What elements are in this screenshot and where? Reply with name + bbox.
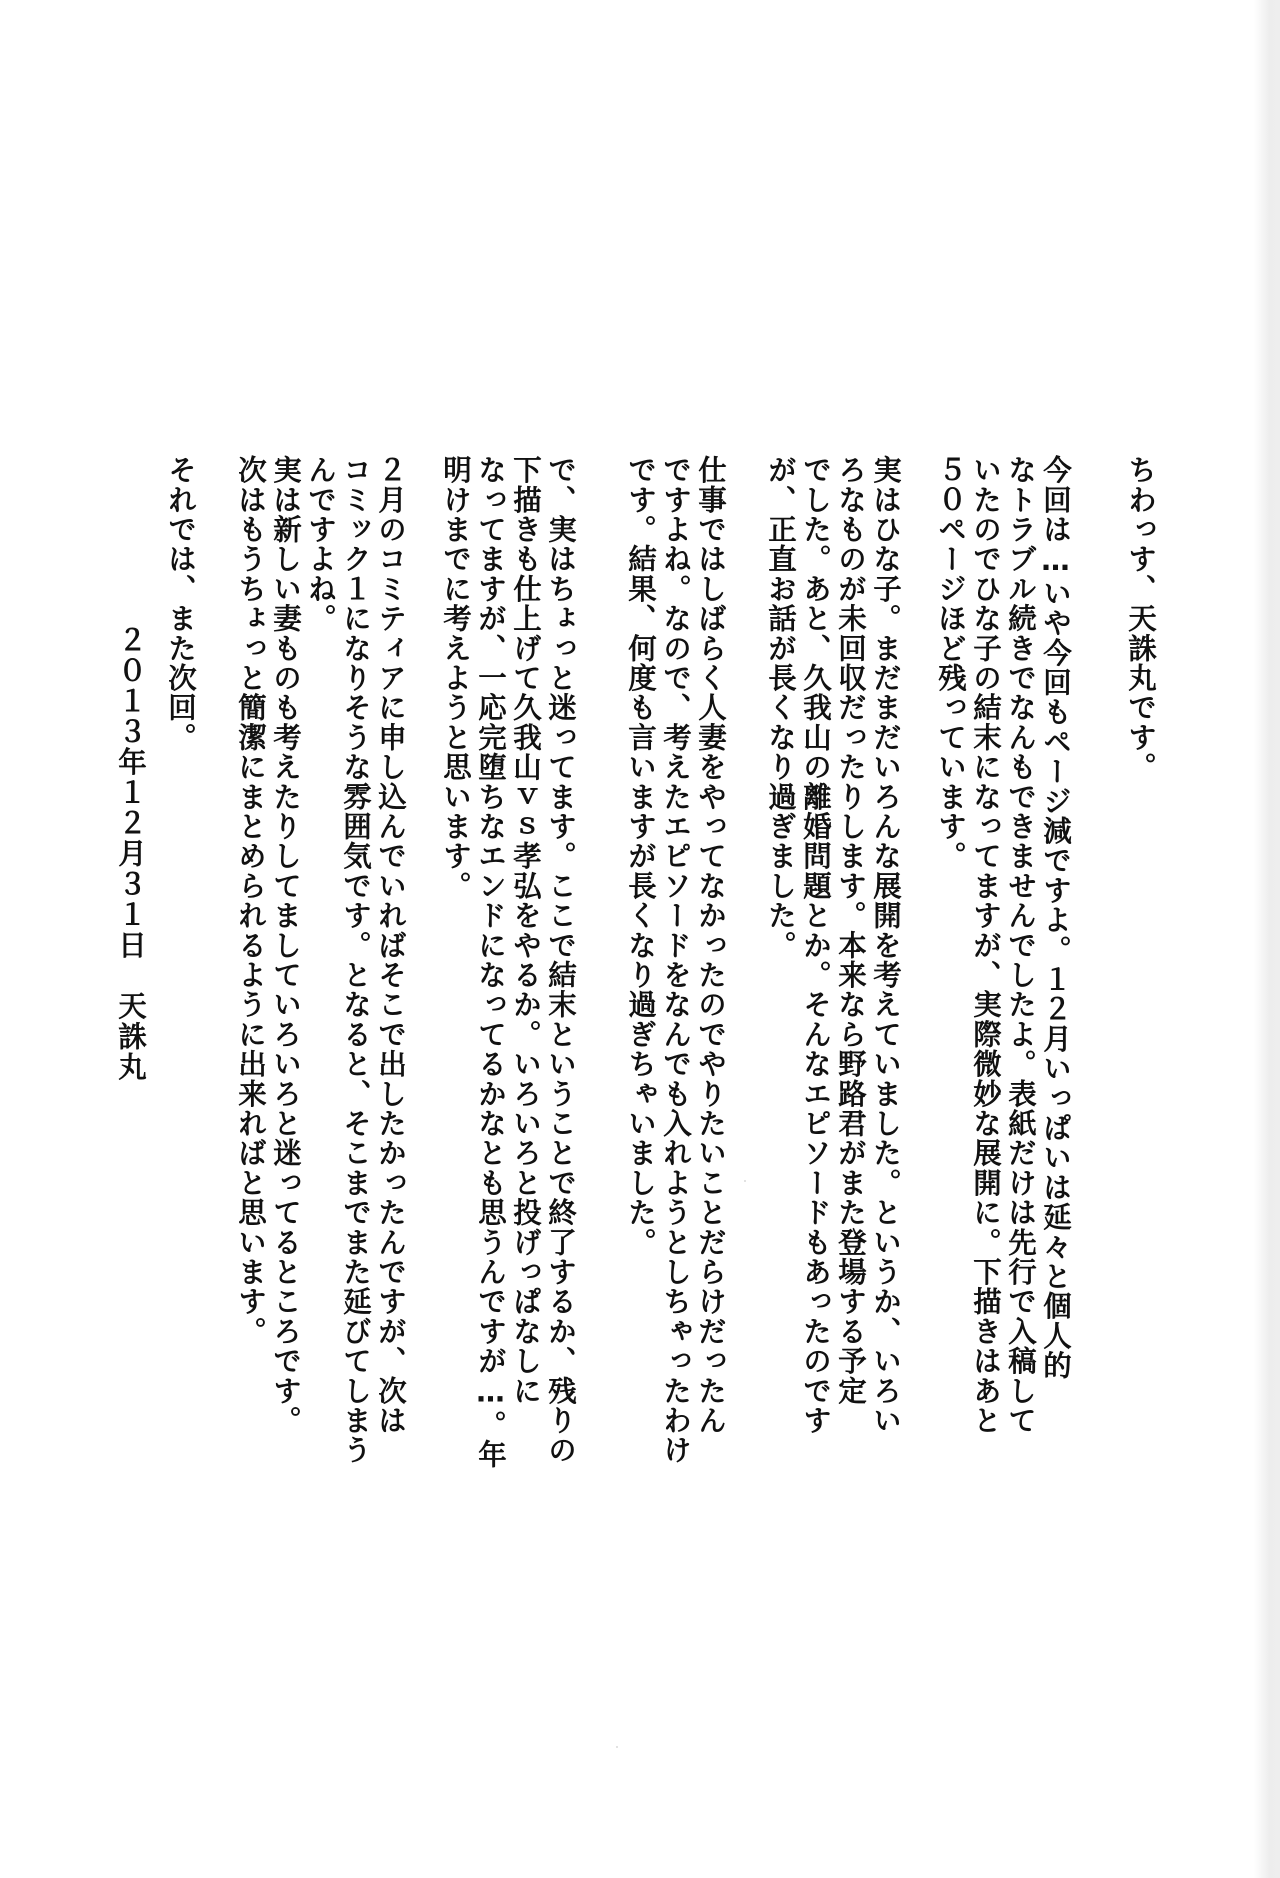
- text-line: ですよね。なので、考えたエピソードをなんでも入れようとしちゃったわけ: [658, 455, 692, 1465]
- signature: ２０１３年１２月３１日 天誅丸: [113, 625, 147, 1083]
- text-line: コミック１になりそうな雰囲気です。となると、そこまでまた延びてしまう: [338, 455, 372, 1465]
- text-line: ろなものが未回収だったりします。本来なら野路君がまた登場する予定: [833, 455, 867, 1405]
- text-line: なトラブル続きでなんもできませんでしたよ。表紙だけは先行で入稿して: [1003, 455, 1037, 1435]
- text-line: 次はもうちょっと簡潔にまとめられるように出来ればと思います。: [233, 455, 267, 1346]
- signature-spacer: [114, 961, 147, 992]
- text-line: が、正直お話が長くなり過ぎました。: [763, 455, 797, 960]
- text-line: ５０ページほど残っています。: [933, 455, 967, 871]
- afterword-page: ちわっす、天誅丸です。 今回は…いや今回もページ減ですよ。１２月いっぱいは延々と…: [0, 0, 1280, 1878]
- text-line: 実は新しい妻ものも考えたりしてましていろいろと迷ってるところです。: [268, 455, 302, 1435]
- text-line: です。結果、何度も言いますが長くなり過ぎちゃいました。: [623, 455, 657, 1257]
- signature-author: 天誅丸: [114, 991, 147, 1083]
- scan-speck: [744, 1180, 746, 1182]
- text-line: ２月のコミティアに申し込んでいればそこで出したかったんですが、次は: [373, 455, 407, 1435]
- greeting-line: ちわっす、天誅丸です。: [1123, 455, 1157, 782]
- closing-line: それでは、また次回。: [163, 455, 197, 752]
- signature-date: ２０１３年１２月３１日: [114, 625, 147, 961]
- text-line: で、実はちょっと迷ってます。ここで結末ということで終了するか、残りの: [543, 455, 577, 1465]
- text-line: 明けまでに考えようと思います。: [438, 455, 472, 901]
- page-edge-shadow: [1254, 0, 1280, 1878]
- text-line: 仕事ではしばらく人妻をやってなかったのでやりたいことだらけだったん: [693, 455, 727, 1435]
- text-line: 下描きも仕上げて久我山ｖｓ孝弘をやるか。いろいろと投げっぱなしに: [508, 455, 542, 1405]
- text-line: いたのでひな子の結末になってますが、実際微妙な展開に。下描きはあと: [968, 455, 1002, 1435]
- text-line: なってますが、一応完堕ちなエンドになってるかなとも思うんですが…。年: [473, 455, 507, 1469]
- text-line: 実はひな子。まだまだいろんな展開を考えていました。というか、いろい: [868, 455, 902, 1435]
- text-line: でした。あと、久我山の離婚問題とか。そんなエピソードもあったのです: [798, 455, 832, 1435]
- text-line: んですよね。: [303, 455, 337, 633]
- scan-speck: [616, 1746, 618, 1748]
- text-line: 今回は…いや今回もページ減ですよ。１２月いっぱいは延々と個人的: [1038, 455, 1072, 1380]
